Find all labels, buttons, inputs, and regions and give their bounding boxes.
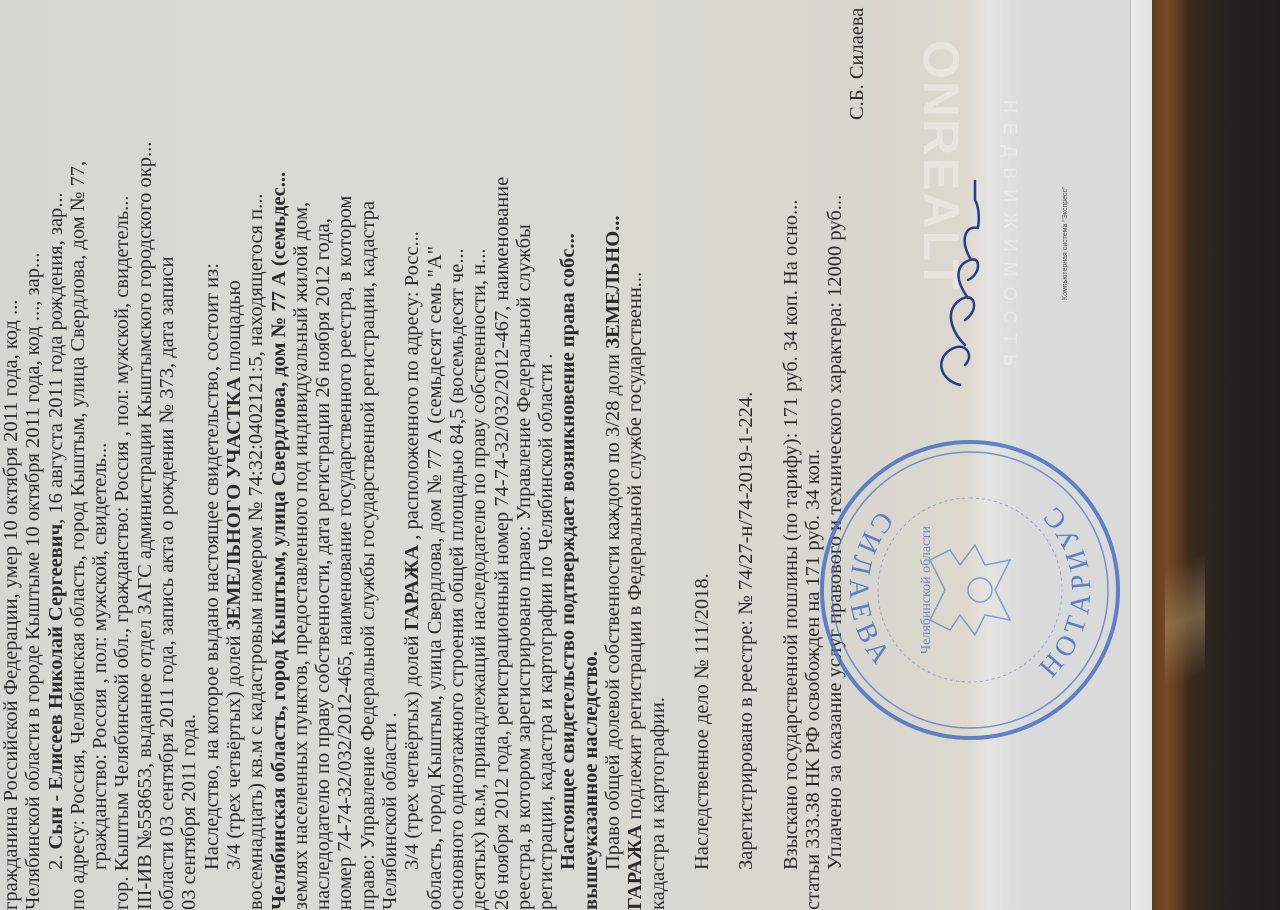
fee-line-1: Взыскано государственной пошлины (по тар… xyxy=(780,0,802,910)
document-line: Наследство, на которое выдано настоящее … xyxy=(201,0,223,910)
document-line: 03 сентября 2011 года. xyxy=(178,0,200,910)
document-lines: гражданина Российской Федерации, умер 10… xyxy=(0,0,669,910)
tiny-print: Компьютерная система "Экспресс" xyxy=(1062,186,1069,300)
document-line: 3/4 (трех четвёртых) долей ГАРАЖА , расп… xyxy=(401,0,423,910)
document-line: гор. Кыштым Челябинской обл., гражданств… xyxy=(111,0,133,910)
document-line: 26 ноября 2012 года, регистрационный ном… xyxy=(491,0,513,910)
document-line: Право общей долевой собственности каждог… xyxy=(602,0,624,910)
document-line: по адресу: Россия, Челябинская область, … xyxy=(67,0,89,910)
document-line: гражданина Российской Федерации, умер 10… xyxy=(0,0,22,910)
document-line: Челябинская область, город Кыштым, улица… xyxy=(268,0,290,910)
case-number: Наследственное дело № 111/2018. xyxy=(691,0,713,910)
document-line: Челябинской области в городе Кыштыме 10 … xyxy=(22,0,44,910)
document-line: восемнадцать) кв.м с кадастровым номером… xyxy=(245,0,267,910)
document-line: регистрации, кадастра и картографии по Ч… xyxy=(535,0,557,910)
svg-text:Челябинской области: Челябинской области xyxy=(919,526,934,654)
notary-stamp-icon: СИЛАЕВА НОТАРИУС Челябинской области xyxy=(820,435,1120,745)
signature-icon xyxy=(920,180,1000,400)
document-line: основного одноэтажного строения общей пл… xyxy=(446,0,468,910)
document-line: реестра, в котором зарегистрировано прав… xyxy=(513,0,535,910)
document-line: Настоящее свидетельство подтверждает воз… xyxy=(557,0,579,910)
document-line: область, город Кыштым, улица Свердлова, … xyxy=(424,0,446,910)
document-line: ГАРАЖА подлежит регистрации в Федерально… xyxy=(624,0,646,910)
document-line: вышеуказанное наследство. xyxy=(580,0,602,910)
document-line: право: Управление Федеральной службы гос… xyxy=(357,0,379,910)
document-line: землях населенных пунктов, предоставленн… xyxy=(290,0,312,910)
svg-text:НОТАРИУС: НОТАРИУС xyxy=(1034,496,1098,683)
document-line: 3/4 (трех четвёртых) долей ЗЕМЕЛЬНОГО УЧ… xyxy=(223,0,245,910)
wood-highlight xyxy=(1165,553,1205,688)
watermark-subtitle: НЕДВИЖИМОСТЬ xyxy=(999,100,1020,376)
document-line: гражданство: Россия , пол: мужской, свид… xyxy=(89,0,111,910)
document-line: III-ИВ №558653, выданное отдел ЗАГС адми… xyxy=(134,0,156,910)
document-line: кадастра и картографии. xyxy=(647,0,669,910)
document-line: номер 74-74-32/032/2012-465, наименовани… xyxy=(334,0,356,910)
wooden-surface xyxy=(1152,0,1280,910)
document-line: области 03 сентября 2011 года, запись ак… xyxy=(156,0,178,910)
registry-number: Зарегистрировано в реестре: № 74/27-н/74… xyxy=(735,0,757,910)
svg-text:СИЛАЕВА: СИЛАЕВА xyxy=(843,506,900,674)
document-line: десятых) кв.м, принадлежащий наследодате… xyxy=(468,0,490,910)
document-line: наследодателю по праву собственности, да… xyxy=(312,0,334,910)
document-line: Челябинской области . xyxy=(379,0,401,910)
document-line: 2. Сын - Елисеев Николай Сергеевич, 16 а… xyxy=(45,0,67,910)
